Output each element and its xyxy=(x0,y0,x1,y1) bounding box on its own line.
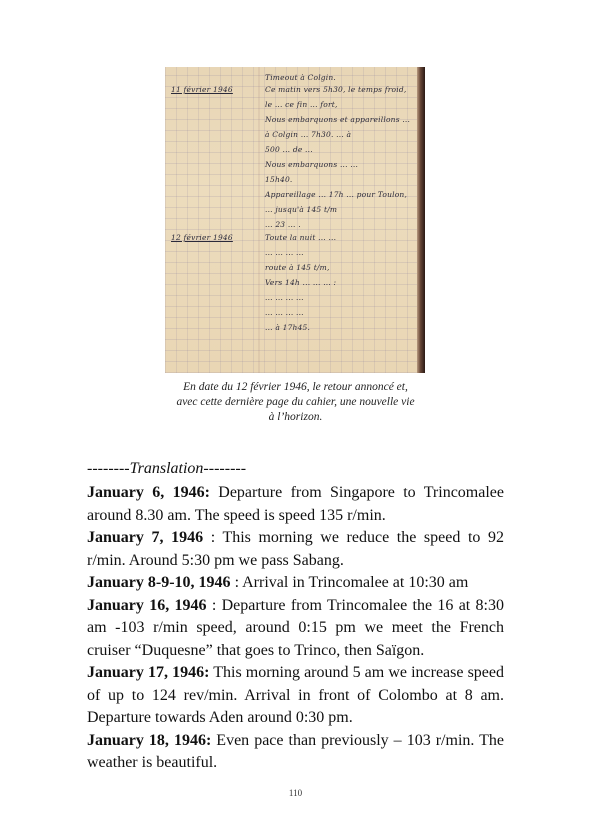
handwriting-line: Appareillage ... 17h ... pour Toulon, xyxy=(265,190,407,199)
handwriting-line: le ... ce fin ... fort, xyxy=(265,100,338,109)
photo-caption: En date du 12 février 1946, le retour an… xyxy=(150,380,441,425)
entry-date: January 6, 1946: xyxy=(87,484,210,501)
entry-jan-8-9-10: January 8-9-10, 1946 : Arrival in Trinco… xyxy=(87,572,504,595)
handwriting-line: à Colgin ... 7h30. ... à xyxy=(265,130,351,139)
caption-line: à l’horizon. xyxy=(150,410,441,425)
handwriting-line: Vers 14h ... ... ... : xyxy=(265,278,336,287)
entry-date: January 17, 1946: xyxy=(87,664,209,681)
handwriting-line: ... ... ... ... xyxy=(265,308,304,317)
handwriting-line: Toute la nuit ... ... xyxy=(265,233,336,242)
entry-date: January 16, 1946 xyxy=(87,597,207,614)
entry-date: January 8-9-10, 1946 xyxy=(87,574,231,591)
handwriting-line: Nous embarquons et appareillons ... xyxy=(265,115,410,124)
handwriting-line: ... 23 ... . xyxy=(265,220,301,229)
notebook-photo: Timeout à Colgin. 11 février 1946 Ce mat… xyxy=(165,67,425,373)
translation-entries: January 6, 1946: Departure from Singapor… xyxy=(87,482,504,775)
caption-line: En date du 12 février 1946, le retour an… xyxy=(150,380,441,395)
entry-text: : Arrival in Trincomalee at 10:30 am xyxy=(231,574,469,591)
entry-date: January 7, 1946 xyxy=(87,529,203,546)
notebook-binding xyxy=(417,67,425,373)
entry-jan-6: January 6, 1946: Departure from Singapor… xyxy=(87,482,504,527)
entry-jan-16: January 16, 1946 : Departure from Trinco… xyxy=(87,595,504,663)
handwriting-date-2: 12 février 1946 xyxy=(171,233,233,242)
handwriting-header: Timeout à Colgin. xyxy=(265,73,336,82)
translation-heading: --------Translation-------- xyxy=(87,460,246,478)
entry-jan-17: January 17, 1946: This morning around 5 … xyxy=(87,662,504,730)
handwriting-line: ... ... ... ... xyxy=(265,293,304,302)
handwriting-line: ... ... ... ... xyxy=(265,248,304,257)
handwriting-line: Ce matin vers 5h30, le temps froid, xyxy=(265,85,406,94)
page-number: 110 xyxy=(0,788,591,798)
entry-date: January 18, 1946: xyxy=(87,732,211,749)
entry-jan-7: January 7, 1946 : This morning we reduce… xyxy=(87,527,504,572)
handwriting-line: route à 145 t/m, xyxy=(265,263,330,272)
caption-line: avec cette dernière page du cahier, une … xyxy=(150,395,441,410)
entry-jan-18: January 18, 1946: Even pace than previou… xyxy=(87,730,504,775)
handwriting-line: ... jusqu'à 145 t/m xyxy=(265,205,337,214)
handwriting-date-1: 11 février 1946 xyxy=(171,85,233,94)
handwriting-line: 15h40. xyxy=(265,175,293,184)
handwriting-line: 500 ... de ... xyxy=(265,145,313,154)
handwriting-line: ... à 17h45. xyxy=(265,323,310,332)
handwriting-line: Nous embarquons ... ... xyxy=(265,160,358,169)
